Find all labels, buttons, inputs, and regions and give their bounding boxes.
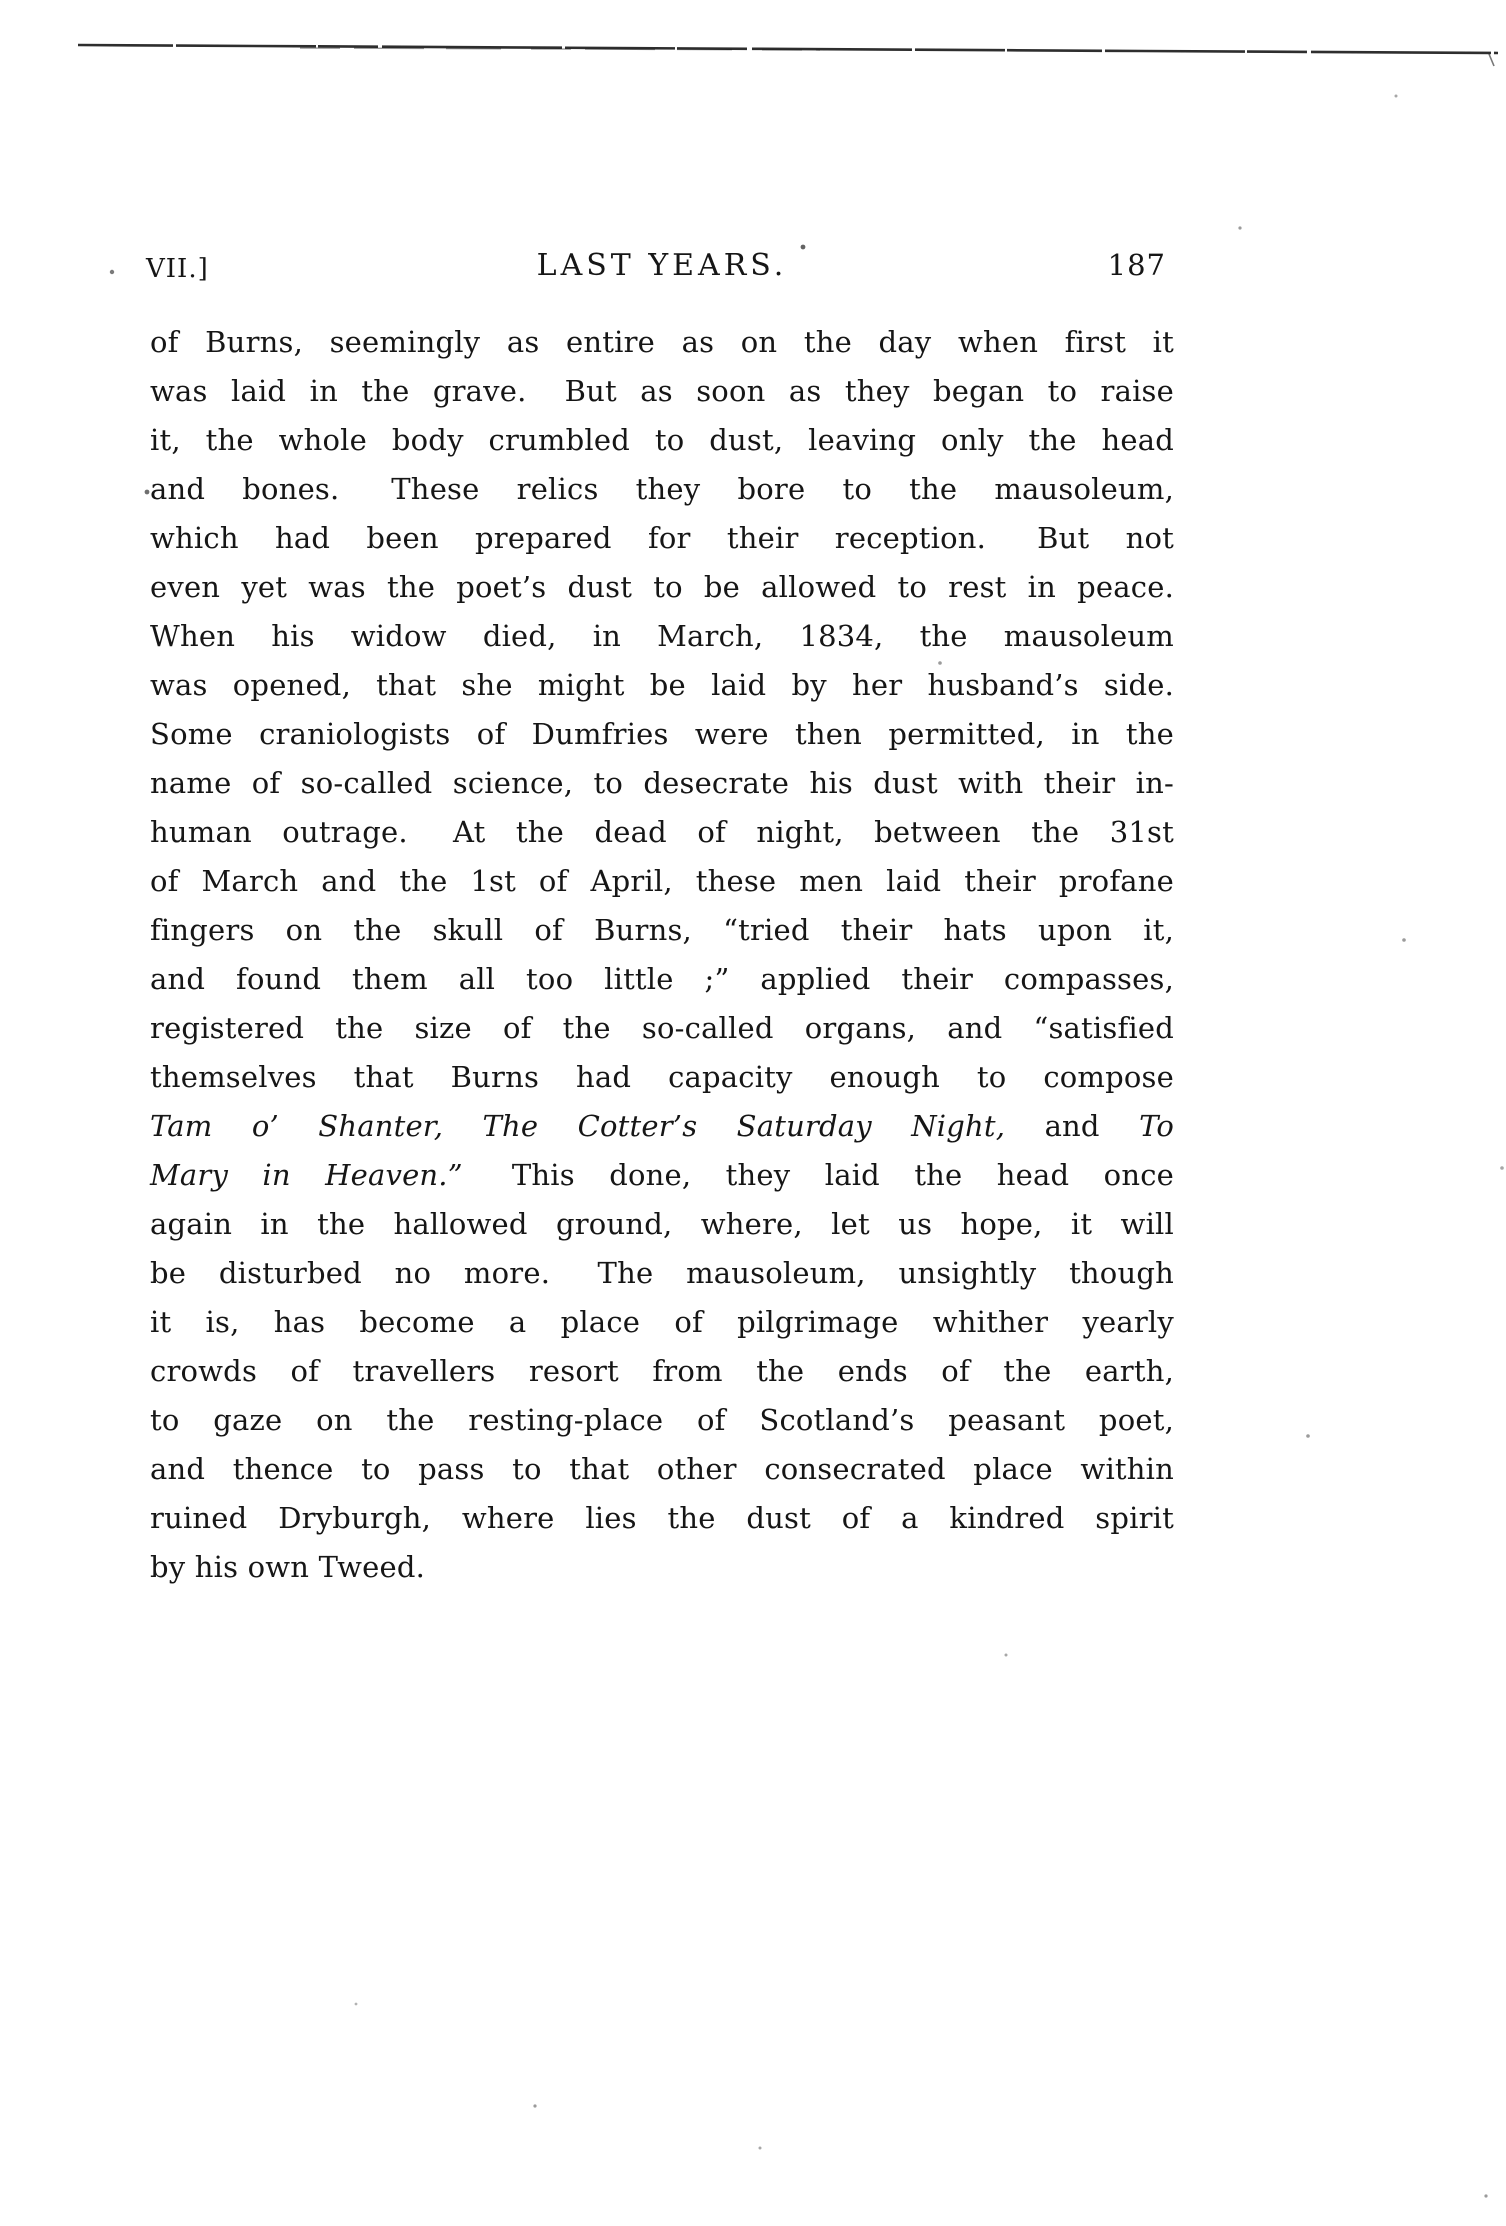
body-text-segment: it, the whole body crumbled to dust, lea… (150, 423, 1174, 457)
text-line: was opened, that she might be laid by he… (150, 661, 1174, 710)
text-line: of March and the 1st of April, these men… (150, 857, 1174, 906)
body-text-segment: of March and the 1st of April, these men… (150, 864, 1174, 898)
text-line: Mary in Heaven.” This done, they laid th… (150, 1151, 1174, 1200)
body-text-segment: to gaze on the resting-place of Scotland… (150, 1403, 1174, 1437)
italic-title-text: Mary in Heaven.” (150, 1158, 463, 1192)
text-line: ruined Dryburgh, where lies the dust of … (150, 1494, 1174, 1543)
body-text-segment: by his own Tweed. (150, 1550, 425, 1584)
text-line: Tam o’ Shanter, The Cotter’s Saturday Ni… (150, 1102, 1174, 1151)
text-line: be disturbed no more. The mausoleum, uns… (150, 1249, 1174, 1298)
text-line: registered the size of the so-called org… (150, 1004, 1174, 1053)
body-text-segment: name of so-called science, to desecrate … (150, 766, 1174, 800)
body-text-segment: and (1005, 1109, 1139, 1143)
scanned-book-page: VII.] LAST YEARS. 187 of Burns, seemingl… (0, 0, 1506, 2226)
italic-title-text: To (1139, 1109, 1174, 1143)
text-line: name of so-called science, to desecrate … (150, 759, 1174, 808)
body-text-segment: again in the hallowed ground, where, let… (150, 1207, 1174, 1241)
text-line: and found them all too little ;” applied… (150, 955, 1174, 1004)
text-line: it is, has become a place of pilgrimage … (150, 1298, 1174, 1347)
body-text-segment: This done, they laid the head once (463, 1158, 1174, 1192)
text-line: Some craniologists of Dumfries were then… (150, 710, 1174, 759)
body-text-segment: was opened, that she might be laid by he… (150, 668, 1174, 702)
body-text-segment: and found them all too little ;” applied… (150, 962, 1174, 996)
body-text-segment: and bones. These relics they bore to the… (150, 472, 1174, 506)
body-text-segment: Some craniologists of Dumfries were then… (150, 717, 1174, 751)
text-line: and bones. These relics they bore to the… (150, 465, 1174, 514)
text-line: crowds of travellers resort from the end… (150, 1347, 1174, 1396)
text-line: was laid in the grave. But as soon as th… (150, 367, 1174, 416)
text-line: and thence to pass to that other consecr… (150, 1445, 1174, 1494)
text-line: When his widow died, in March, 1834, the… (150, 612, 1174, 661)
body-text: of Burns, seemingly as entire as on the … (150, 318, 1174, 1592)
body-text-segment: themselves that Burns had capacity enoug… (150, 1060, 1174, 1094)
text-line: to gaze on the resting-place of Scotland… (150, 1396, 1174, 1445)
body-text-segment: even yet was the poet’s dust to be allow… (150, 570, 1174, 604)
text-line: fingers on the skull of Burns, “tried th… (150, 906, 1174, 955)
body-text-segment: it is, has become a place of pilgrimage … (150, 1305, 1174, 1339)
body-text-segment: fingers on the skull of Burns, “tried th… (150, 913, 1174, 947)
body-text-segment: was laid in the grave. But as soon as th… (150, 374, 1174, 408)
body-text-segment: registered the size of the so-called org… (150, 1011, 1174, 1045)
text-line: again in the hallowed ground, where, let… (150, 1200, 1174, 1249)
text-line: by his own Tweed. (150, 1543, 1174, 1592)
italic-title-text: Tam o’ Shanter, (150, 1109, 443, 1143)
text-line: themselves that Burns had capacity enoug… (150, 1053, 1174, 1102)
running-title: LAST YEARS. (150, 248, 1174, 283)
page-header: VII.] LAST YEARS. 187 (150, 246, 1174, 290)
text-line: which had been prepared for their recept… (150, 514, 1174, 563)
body-text-segment: be disturbed no more. The mausoleum, uns… (150, 1256, 1174, 1290)
text-line: it, the whole body crumbled to dust, lea… (150, 416, 1174, 465)
body-text-segment: human outrage. At the dead of night, bet… (150, 815, 1174, 849)
page-number: 187 (1108, 248, 1166, 282)
body-text-segment: of Burns, seemingly as entire as on the … (150, 325, 1174, 359)
body-text-segment: ruined Dryburgh, where lies the dust of … (150, 1501, 1174, 1535)
body-text-segment: When his widow died, in March, 1834, the… (150, 619, 1174, 653)
body-text-segment (443, 1109, 482, 1143)
body-text-segment: and thence to pass to that other consecr… (150, 1452, 1174, 1486)
body-text-segment: crowds of travellers resort from the end… (150, 1354, 1174, 1388)
italic-title-text: The Cotter’s Saturday Night, (482, 1109, 1005, 1143)
top-rule-line (78, 45, 1498, 53)
text-line: human outrage. At the dead of night, bet… (150, 808, 1174, 857)
text-line: even yet was the poet’s dust to be allow… (150, 563, 1174, 612)
text-line: of Burns, seemingly as entire as on the … (150, 318, 1174, 367)
body-text-segment: which had been prepared for their recept… (150, 521, 1174, 555)
